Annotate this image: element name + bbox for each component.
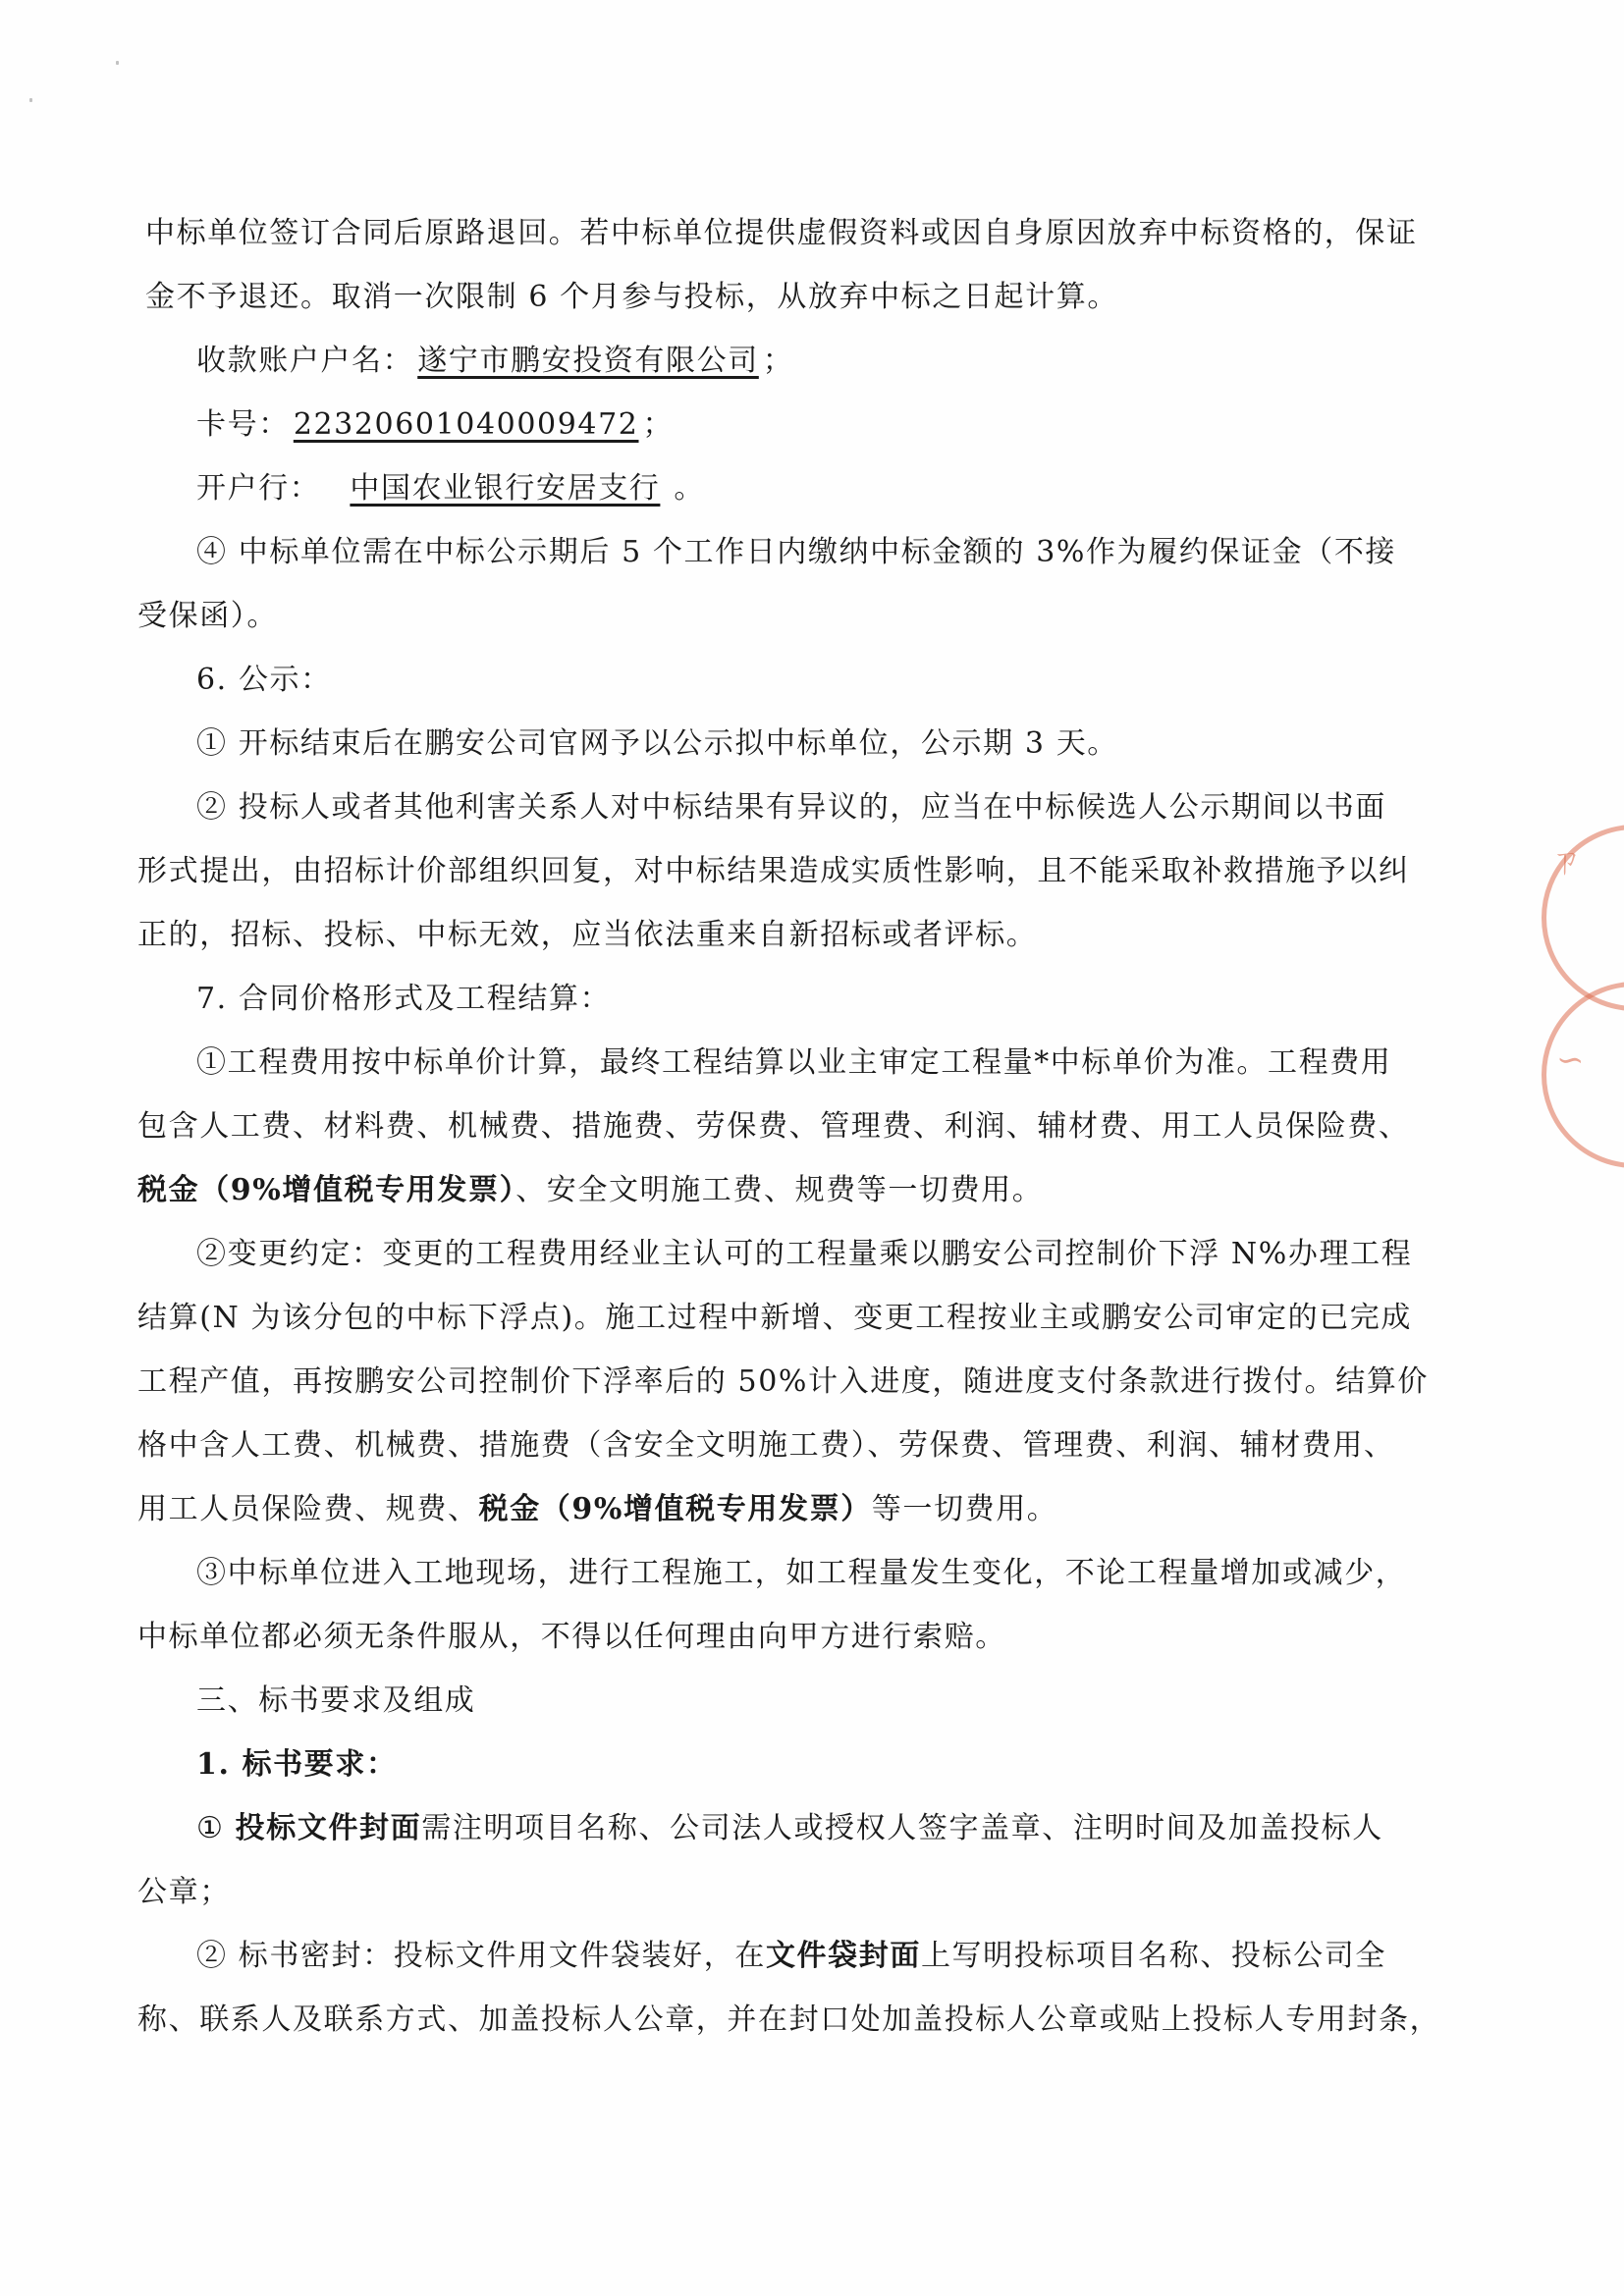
part3-item2: ② 标书密封：投标文件用文件袋装好，在文件袋封面上写明投标项目名称、投标公司全 bbox=[196, 1937, 1532, 1976]
text: 等一切费用。 bbox=[872, 1492, 1058, 1526]
text: 上写明投标项目名称、投标公司全 bbox=[921, 1939, 1386, 1973]
tax-note: 税金（9%增值税专用发票） bbox=[137, 1173, 515, 1207]
punctuation: ； bbox=[763, 344, 794, 378]
part3-sub1-heading: 1. 标书要求： bbox=[196, 1745, 1532, 1785]
account-name-label: 收款账户户名： bbox=[196, 344, 413, 378]
section7-item1: 包含人工费、材料费、机械费、措施费、劳保费、管理费、利润、辅材费、用工人员保险费… bbox=[137, 1107, 1473, 1147]
document-page: 中标单位签订合同后原路退回。若中标单位提供虚假资料或因自身原因放弃中标资格的，保… bbox=[0, 0, 1624, 2296]
paragraph-line: 中标单位签订合同后原路退回。若中标单位提供虚假资料或因自身原因放弃中标资格的，保… bbox=[145, 214, 1481, 253]
punctuation: ； bbox=[643, 407, 675, 442]
card-number-row: 卡号：22320601040009472； bbox=[196, 405, 1532, 445]
text: 、安全文明施工费、规费等一切费用。 bbox=[515, 1173, 1043, 1207]
scan-speck bbox=[29, 98, 32, 102]
section7-item3: 中标单位都必须无条件服从，不得以任何理由向甲方进行索赔。 bbox=[137, 1618, 1473, 1657]
scan-speck bbox=[116, 61, 119, 65]
paragraph-line: 金不予退还。取消一次限制 6 个月参与投标，从放弃中标之日起计算。 bbox=[145, 278, 1481, 317]
section6-heading: 6. 公示： bbox=[196, 661, 1532, 700]
cover-term: 投标文件封面 bbox=[236, 1811, 422, 1845]
section6-item2: ② 投标人或者其他利害关系人对中标结果有异议的，应当在中标候选人公示期间以书面 bbox=[196, 788, 1532, 828]
section7-item1: 税金（9%增值税专用发票）、安全文明施工费、规费等一切费用。 bbox=[137, 1171, 1473, 1210]
part3-heading: 三、标书要求及组成 bbox=[196, 1682, 1532, 1721]
item4-line: 受保函）。 bbox=[137, 597, 1473, 636]
text: 需注明项目名称、公司法人或授权人签字盖章、注明时间及加盖投标人 bbox=[421, 1811, 1383, 1845]
stamp-glyph: ㄗ bbox=[1549, 834, 1583, 882]
tax-note: 税金（9%增值税专用发票） bbox=[479, 1492, 872, 1526]
section7-item2: ②变更约定：变更的工程费用经业主认可的工程量乘以鹏安公司控制价下浮 N%办理工程 bbox=[196, 1235, 1532, 1274]
card-number-label: 卡号： bbox=[196, 407, 290, 442]
section7-item3: ③中标单位进入工地现场，进行工程施工，如工程量发生变化，不论工程量增加或减少， bbox=[196, 1554, 1532, 1593]
item4-line: ④ 中标单位需在中标公示期后 5 个工作日内缴纳中标金额的 3%作为履约保证金（… bbox=[196, 533, 1532, 572]
bank-label: 开户行： bbox=[196, 471, 320, 506]
section7-item2: 用工人员保险费、规费、税金（9%增值税专用发票）等一切费用。 bbox=[137, 1490, 1473, 1529]
section7-heading: 7. 合同价格形式及工程结算： bbox=[196, 980, 1532, 1019]
section6-item2: 形式提出，由招标计价部组织回复，对中标结果造成实质性影响，且不能采取补救措施予以… bbox=[137, 852, 1473, 891]
section7-item1: ①工程费用按中标单价计算，最终工程结算以业主审定工程量*中标单价为准。工程费用 bbox=[196, 1043, 1532, 1083]
card-number-value: 22320601040009472 bbox=[290, 407, 643, 442]
section6-item1: ① 开标结束后在鹏安公司官网予以公示拟中标单位，公示期 3 天。 bbox=[196, 724, 1532, 764]
bank-value: 中国农业银行安居支行 bbox=[320, 471, 674, 506]
bank-row: 开户行：中国农业银行安居支行。 bbox=[196, 469, 1532, 508]
stamp-glyph: ∽ bbox=[1556, 1041, 1585, 1080]
section7-item2: 结算(N 为该分包的中标下浮点)。施工过程中新增、变更工程按业主或鹏安公司审定的… bbox=[137, 1299, 1473, 1338]
section7-item2: 格中含人工费、机械费、措施费（含安全文明施工费）、劳保费、管理费、利润、辅材费用… bbox=[137, 1426, 1473, 1466]
text: 用工人员保险费、规费、 bbox=[137, 1492, 479, 1526]
section7-item2: 工程产值，再按鹏安公司控制价下浮率后的 50%计入进度，随进度支付条款进行拨付。… bbox=[137, 1362, 1473, 1402]
punctuation: 。 bbox=[674, 471, 705, 506]
text: ② 标书密封：投标文件用文件袋装好，在 bbox=[196, 1939, 766, 1973]
section6-item2: 正的，招标、投标、中标无效，应当依法重来自新招标或者评标。 bbox=[137, 916, 1473, 955]
account-name-row: 收款账户户名：遂宁市鹏安投资有限公司； bbox=[196, 342, 1532, 381]
part3-item1: 公章； bbox=[137, 1873, 1473, 1912]
part3-item2: 称、联系人及联系方式、加盖投标人公章，并在封口处加盖投标人公章或贴上投标人专用封… bbox=[137, 2001, 1473, 2040]
part3-item1: ① 投标文件封面需注明项目名称、公司法人或授权人签字盖章、注明时间及加盖投标人 bbox=[196, 1809, 1532, 1848]
account-name-value: 遂宁市鹏安投资有限公司 bbox=[413, 344, 763, 378]
text: ① bbox=[196, 1811, 236, 1845]
envelope-term: 文件袋封面 bbox=[766, 1939, 921, 1973]
